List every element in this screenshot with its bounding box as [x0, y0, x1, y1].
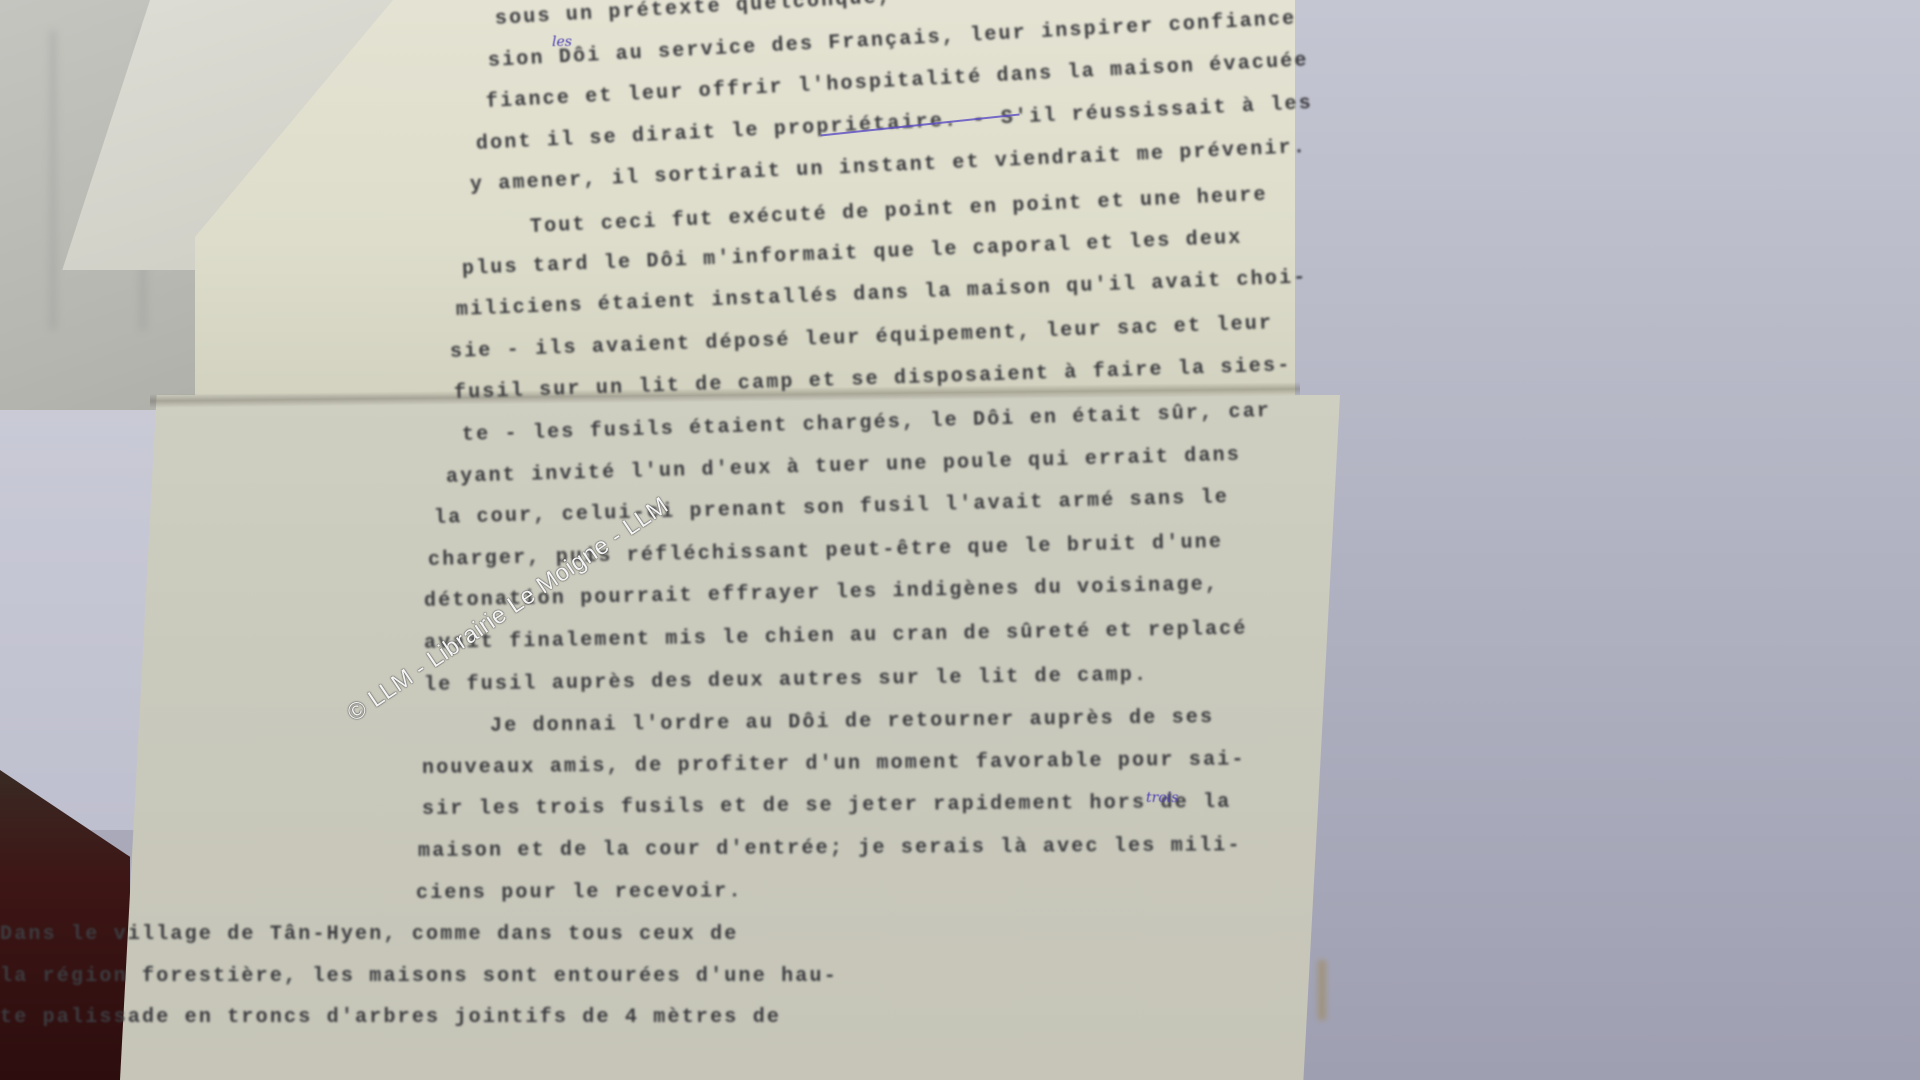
- text-line: fusil sur un lit de camp et se disposaie…: [454, 355, 1292, 406]
- text-line: avait finalement mis le chien au cran de…: [424, 618, 1248, 655]
- handwritten-annotation: trois: [1146, 790, 1178, 806]
- text-line: te palissade en troncs d'arbres jointifs…: [0, 1006, 781, 1029]
- text-line: le fusil auprès des deux autres sur le l…: [424, 663, 1149, 696]
- text-line: sir les trois fusils et de se jeter rapi…: [422, 791, 1232, 821]
- text-line: la cour, celui-ci prenant son fusil l'av…: [434, 486, 1230, 530]
- text-line: sous un prétexte quelconque,: [494, 0, 892, 31]
- text-line: Je donnai l'ordre au Dôi de retourner au…: [490, 706, 1215, 738]
- text-line: ciens pour le recevoir.: [416, 880, 743, 905]
- handwritten-annotation: les: [552, 34, 572, 50]
- text-line: Dans le village de Tân-Hyen, comme dans …: [0, 923, 739, 946]
- text-line: sie - ils avaient déposé leur équipement…: [450, 312, 1274, 364]
- typed-text-block: sous un prétexte quelconque, sion Dôi au…: [0, 0, 1920, 1080]
- text-line: te - les fusils étaient chargés, le Dôi …: [462, 400, 1272, 447]
- text-line: la région forestière, les maisons sont e…: [0, 965, 838, 988]
- text-line: ayant invité l'un d'eux à tuer une poule…: [446, 443, 1242, 488]
- text-line: nouveaux amis, de profiter d'un moment f…: [422, 748, 1246, 780]
- text-line: maison et de la cour d'entrée; je serais…: [418, 834, 1242, 863]
